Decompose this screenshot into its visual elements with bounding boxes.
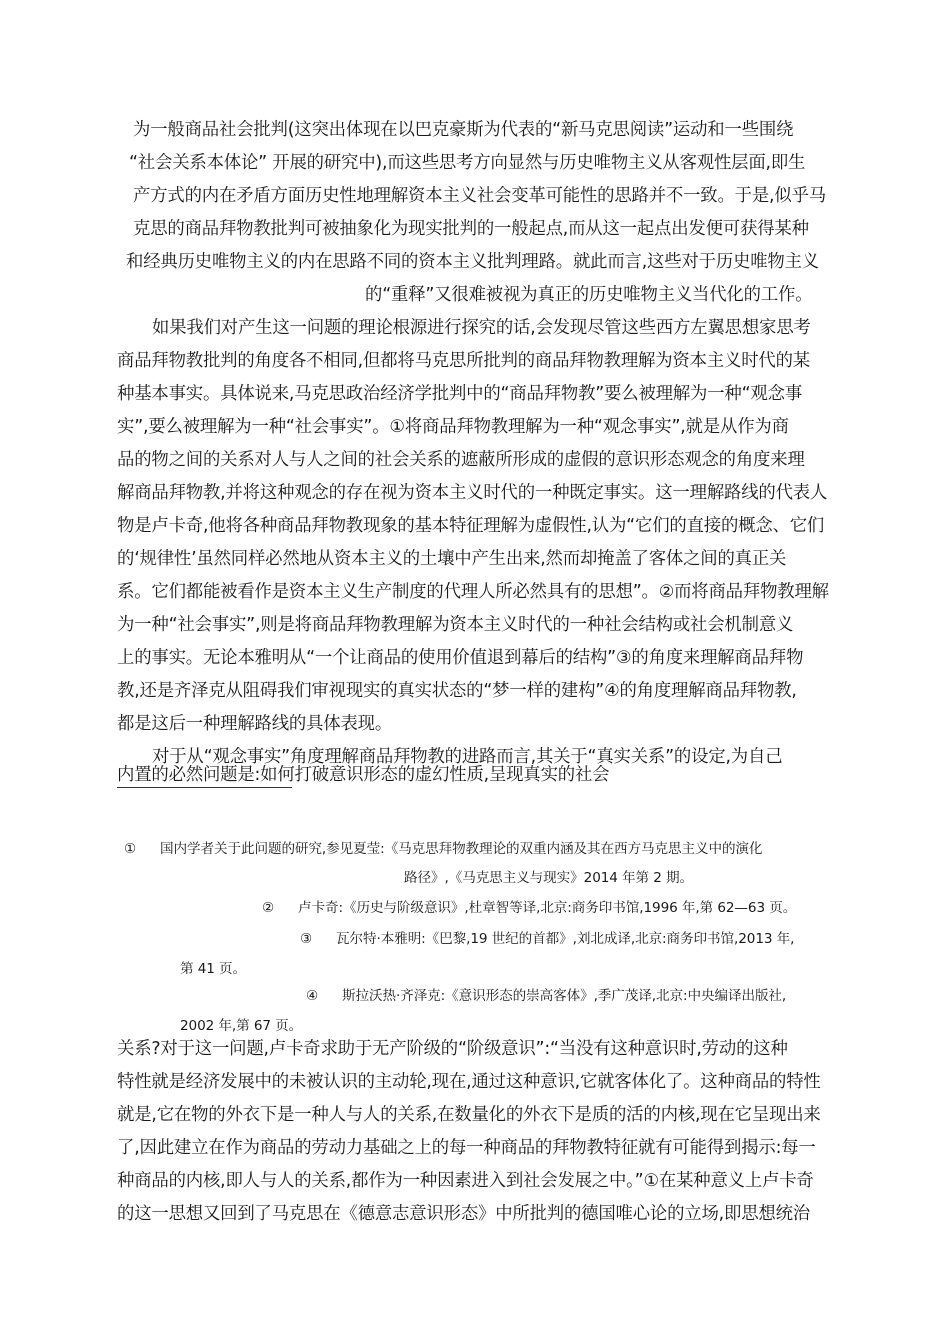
body-line: 教,还是齐泽克从阻碍我们审视现实的真实状态的“梦一样的建构”④的角度理解商品拜物… <box>117 679 797 703</box>
body-line: 内置的必然问题是:如何打破意识形态的虚幻性质,呈现真实的社会 <box>117 763 609 787</box>
body-line: 商品拜物教批判的角度各不相同,但都将马克思所批判的商品拜物教理解为资本主义时代的… <box>117 349 810 373</box>
footnote-marker: ③ <box>300 929 312 949</box>
body-line: 品的物之间的关系对人与人之间的社会关系的遮蔽所形成的虚假的意识形态观念的角度来理 <box>117 448 805 472</box>
body-line: 为一般商品社会批判(这突出体现在以巴克豪斯为代表的“新马克思阅读”运动和一些围绕 <box>133 118 793 142</box>
footnote-text: 斯拉沃热·齐泽克:《意识形态的崇高客体》,季广茂译,北京:中央编译出版社, <box>342 986 786 1006</box>
body-line: 特性就是经济发展中的未被认识的主动轮,现在,通过这种意识,它就客体化了。这种商品… <box>117 1070 821 1094</box>
body-line: 的‘规律性’虽然同样必然地从资本主义的土壤中产生出来,然而却掩盖了客体之间的真正… <box>117 547 786 571</box>
body-line: 克思的商品拜物教批判可被抽象化为现实批判的一般起点,而从这一起点出发便可获得某种 <box>133 217 809 241</box>
body-line: 都是这后一种理解路线的具体表现。 <box>117 712 392 736</box>
body-line: 系。它们都能被看作是资本主义生产制度的代理人所必然具有的思想”。②而将商品拜物教… <box>117 580 829 604</box>
body-line: 的这一思想又回到了马克思在《德意志意识形态》中所批判的德国唯心论的立场,即思想统… <box>117 1202 810 1226</box>
body-line: 关系?对于这一问题,卢卡奇求助于无产阶级的“阶级意识”:“当没有这种意识时,劳动… <box>117 1037 788 1061</box>
footnote-text: 瓦尔特·本雅明:《巴黎,19 世纪的首都》,刘北成译,北京:商务印书馆,2013… <box>336 929 794 949</box>
footnote-separator <box>117 787 292 788</box>
footnote-marker: ② <box>262 898 274 918</box>
footnote-text: 第 41 页。 <box>180 959 246 979</box>
body-line: 如果我们对产生这一问题的理论根源进行探究的话,会发现尽管这些西方左翼思想家思考 <box>152 316 811 340</box>
document-page: 为一般商品社会批判(这突出体现在以巴克豪斯为代表的“新马克思阅读”运动和一些围绕… <box>0 0 950 1344</box>
body-line: 上的事实。无论本雅明从“一个让商品的使用价值退到幕后的结构”③的角度来理解商品拜… <box>117 646 803 670</box>
body-line: 为一种“社会事实”,则是将商品拜物教理解为资本主义时代的一种社会结构或社会机制意… <box>117 613 793 637</box>
body-line: 种商品的内核,即人与人的关系,都作为一种因素进入到社会发展之中。”①在某种意义上… <box>117 1169 814 1193</box>
body-line: 物是卢卡奇,他将各种商品拜物教现象的基本特征理解为虚假性,认为“它们的直接的概念… <box>117 514 824 538</box>
body-line: 解商品拜物教,并将这种观念的存在视为资本主义时代的一种既定事实。这一理解路线的代… <box>117 481 827 505</box>
body-line: 了,因此建立在作为商品的劳动力基础之上的每一种商品的拜物教特征就有可能得到揭示:… <box>117 1136 816 1160</box>
body-line: 种基本事实。具体说来,马克思政治经济学批判中的“商品拜物教”要么被理解为一种“观… <box>117 382 802 406</box>
footnote-text: 卢卡奇:《历史与阶级意识》,杜章智等译,北京:商务印书馆,1996 年,第 62… <box>298 898 796 918</box>
footnote-text: 国内学者关于此问题的研究,参见夏莹:《马克思拜物教理论的双重内涵及其在西方马克思… <box>160 839 762 859</box>
footnote-marker: ① <box>124 839 136 859</box>
footnote-text: 2002 年,第 67 页。 <box>180 1016 302 1036</box>
body-line: 实”,要么被理解为一种“社会事实”。①将商品拜物教理解为一种“观念事实”,就是从… <box>117 415 789 439</box>
footnote-marker: ④ <box>306 986 318 1006</box>
body-line: 和经典历史唯物主义的内在思路不同的资本主义批判理路。就此而言,这些对于历史唯物主… <box>126 250 819 274</box>
body-line: “社会关系本体论” 开展的研究中),而这些思考方向显然与历史唯物主义从客观性层面… <box>129 151 805 175</box>
body-line: 产方式的内在矛盾方面历史性地理解资本主义社会变革可能性的思路并不一致。于是,似乎… <box>133 184 826 208</box>
footnote-text: 路径》,《马克思主义与现实》2014 年第 2 期。 <box>404 868 693 888</box>
body-line: 的“重释”又很难被视为真正的历史唯物主义当代化的工作。 <box>365 283 812 307</box>
body-line: 就是,它在物的外衣下是一种人与人的关系,在数量化的外衣下是质的活的内核,现在它呈… <box>117 1103 821 1127</box>
